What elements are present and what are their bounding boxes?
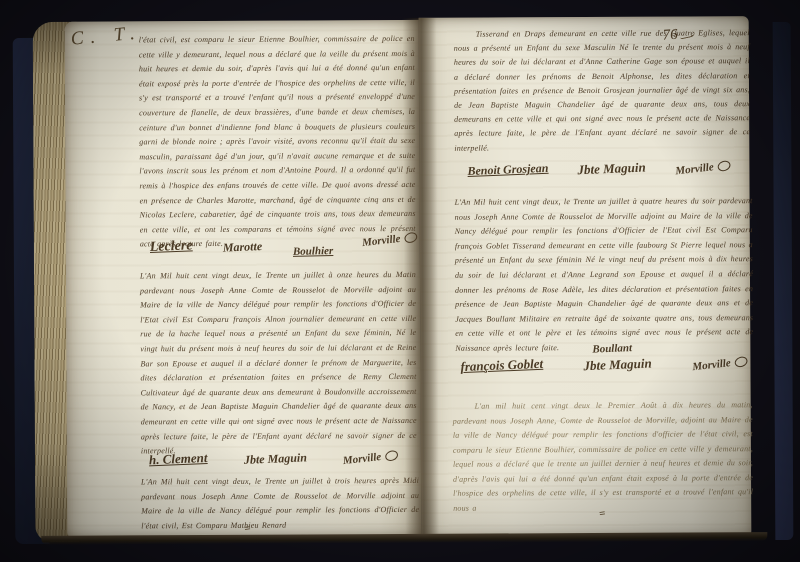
signature-row-rose-adele: françois Goblet Jbte Maguin Morville bbox=[460, 356, 746, 373]
signature-row-exposed-infant: Leclere Marotte Boulhier Morville bbox=[150, 238, 418, 255]
act-exposed-infant-end-text: l'état civil, est comparu le sieur Etien… bbox=[139, 32, 416, 235]
signature-boullant: Boullant bbox=[592, 342, 632, 356]
paraph-icon bbox=[715, 159, 731, 173]
paraph-icon bbox=[732, 355, 748, 369]
signature-leclere: Leclere bbox=[150, 238, 193, 256]
paraph-icon bbox=[383, 449, 399, 463]
signature-boulhier: Boulhier bbox=[293, 245, 334, 258]
signature-jbte-maguin: Jbte Maguin bbox=[243, 450, 307, 468]
act-marguerite-alnon-text: L'An Mil huit cent vingt deux, le Trente… bbox=[140, 268, 417, 451]
act-mathieu-renard-start-text: L'An Mil huit cent vingt deux, le Trente… bbox=[141, 474, 419, 533]
act-benoit-alphonse-text: Tisserand en Draps demeurant en cette vi… bbox=[454, 26, 751, 160]
signature-benoit-grosjean: Benoit Grosjean bbox=[467, 161, 549, 179]
act-rose-adele-goblet-text: L'An Mil huit cent vingt deux, le Trente… bbox=[455, 194, 754, 348]
act-exposed-infant-start-text: L'an mil huit cent vingt deux le Premier… bbox=[453, 398, 754, 506]
signature-morville: Morville bbox=[674, 158, 730, 177]
signature-jbte-maguin: Jbte Maguin bbox=[583, 355, 652, 374]
photograph-of-register: C. T. l'état civil, est comparu le sieur… bbox=[0, 0, 800, 562]
signature-h-clement: h. Clement bbox=[149, 450, 208, 468]
signature-francois-goblet: françois Goblet bbox=[460, 356, 543, 375]
signature-marotte: Marotte bbox=[223, 239, 263, 256]
signature-row-marguerite: h. Clement Jbte Maguin Morville bbox=[149, 450, 397, 467]
signature-morville: Morville bbox=[342, 448, 398, 467]
signature-row-benoit-alphonse: Benoit Grosjean Jbte Maguin Morville bbox=[467, 160, 729, 177]
signature-jbte-maguin: Jbte Maguin bbox=[577, 160, 646, 179]
signature-morville: Morville bbox=[691, 354, 747, 373]
open-register-book: C. T. l'état civil, est comparu le sieur… bbox=[0, 0, 800, 562]
